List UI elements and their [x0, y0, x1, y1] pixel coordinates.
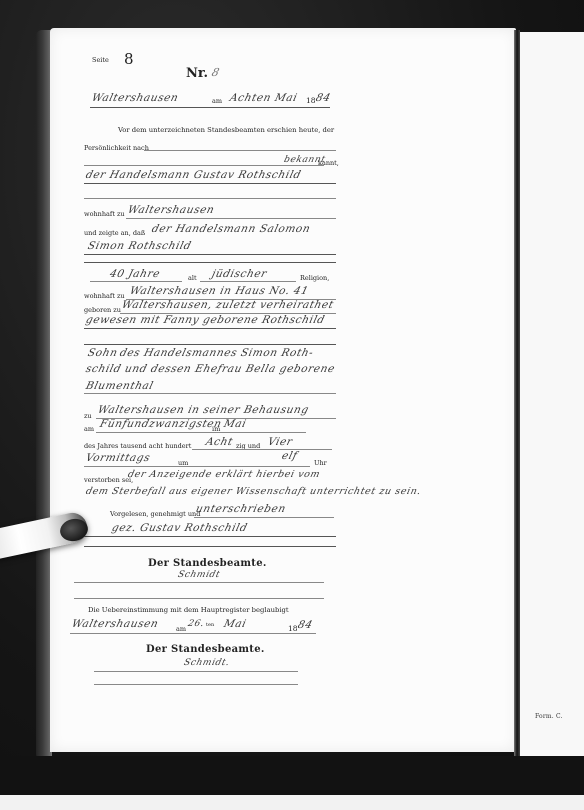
rule: [74, 582, 324, 583]
read-value: unterschrieben: [195, 503, 288, 515]
intro-text: Vor dem unterzeichneten Standesbeamten e…: [118, 126, 334, 134]
scan-bottom-band: [0, 756, 584, 796]
official-signature-2: Schmidt.: [183, 658, 231, 668]
official-signature: Schmidt: [177, 570, 221, 580]
age-value: 40 Jahre: [109, 268, 162, 280]
zeigte-label: und zeigte an, daß: [84, 229, 145, 237]
year-value-2: Vier: [267, 436, 294, 448]
residence-label: wohnhaft zu: [84, 210, 125, 218]
religion-label: Religion,: [300, 274, 329, 282]
deceased-line-2: Simon Rothschild: [87, 240, 193, 252]
year-label: des Jahres tausend acht hundert: [84, 442, 191, 450]
time-hour: elf: [281, 450, 299, 462]
official-heading: Der Standesbeamte.: [148, 558, 267, 569]
page-number: 8: [124, 50, 134, 68]
date-death-label: am: [84, 425, 94, 433]
rule: [84, 536, 336, 537]
rule: [94, 684, 298, 685]
register-page-right: [520, 32, 584, 756]
deceased-line-1: der Handelsmann Salomon: [151, 223, 312, 235]
year-value-1: Acht: [205, 436, 235, 448]
rule: [90, 281, 182, 282]
informant-signature: gez. Gustav Rothschild: [111, 522, 249, 534]
cert-place: Waltershausen: [71, 618, 160, 630]
date-day: Achten: [229, 92, 273, 104]
cert-year-suffix: 84: [297, 619, 315, 631]
form-number: Form. C.: [535, 713, 563, 720]
archive-footer: [0, 795, 584, 810]
date-death-day: Fünfundzwanzigsten: [99, 418, 223, 430]
certification-text: Die Uebereinstimmung mit dem Hauptregist…: [88, 606, 289, 614]
read-label: Vorgelesen, genehmigt und: [110, 510, 200, 518]
year-suffix: 84: [315, 92, 333, 104]
born-line-2: gewesen mit Fanny geborene Rothschild: [85, 314, 327, 326]
parents-prefix: Sohn: [87, 347, 119, 359]
born-value: Waltershausen, zuletzt verheirathet: [121, 299, 336, 311]
date-death-month: Mai: [223, 418, 248, 430]
rule: [84, 328, 336, 329]
rule: [84, 198, 336, 199]
rule: [84, 393, 336, 394]
rule: [194, 517, 334, 518]
cert-day: 26.: [187, 619, 206, 629]
rule: [70, 633, 316, 634]
parents-line-2: schild und dessen Ehefrau Bella geborene: [85, 363, 337, 375]
rule: [74, 598, 324, 599]
residence2-label: wohnhaft zu: [84, 292, 125, 300]
residence-value: Waltershausen: [127, 204, 216, 216]
informant-name: der Handelsmann Gustav Rothschild: [85, 169, 303, 181]
rule: [200, 281, 296, 282]
rule: [84, 254, 336, 255]
rule: [84, 183, 336, 184]
rule: [192, 449, 332, 450]
time-uhr-label: Uhr: [314, 459, 327, 467]
cert-month: Mai: [223, 618, 248, 630]
entry-number-label: Nr.: [186, 66, 208, 81]
place-death-value: Waltershausen in seiner Behausung: [97, 404, 311, 416]
rule: [126, 218, 336, 219]
rule: [84, 344, 336, 345]
born-label: geboren zu: [84, 306, 121, 314]
rule: [90, 107, 330, 108]
place-death-label: zu: [84, 412, 92, 420]
cert-am-label: am: [176, 625, 186, 633]
rule: [84, 165, 324, 166]
religion-value: jüdischer: [211, 268, 269, 280]
residence2-value: Waltershausen in Haus No. 41: [129, 285, 310, 297]
rule: [94, 671, 298, 672]
page-label: Seite: [92, 56, 109, 64]
rule: [96, 432, 306, 433]
rule: [144, 150, 336, 151]
date-month: Mai: [274, 92, 299, 104]
rule: [84, 466, 310, 467]
time-value: Vormittags: [85, 452, 152, 464]
rule: [84, 546, 336, 547]
official-heading-2: Der Standesbeamte.: [146, 644, 265, 655]
rule: [84, 262, 336, 263]
identity-label: Persönlichkeit nach: [84, 144, 149, 152]
cert-im-label: ten: [206, 622, 214, 628]
place-written: Waltershausen: [91, 92, 180, 104]
died-label: verstorben sei,: [84, 476, 133, 484]
parents-line-1: des Handelsmannes Simon Roth-: [119, 347, 315, 359]
am-label: am: [212, 97, 222, 105]
parents-line-3: Blumenthal: [85, 380, 155, 392]
died-remark-2: dem Sterbefall aus eigener Wissenschaft …: [85, 486, 423, 497]
died-remark-1: der Anzeigende erklärt hierbei vom: [127, 469, 322, 480]
age-label: alt: [188, 274, 197, 282]
